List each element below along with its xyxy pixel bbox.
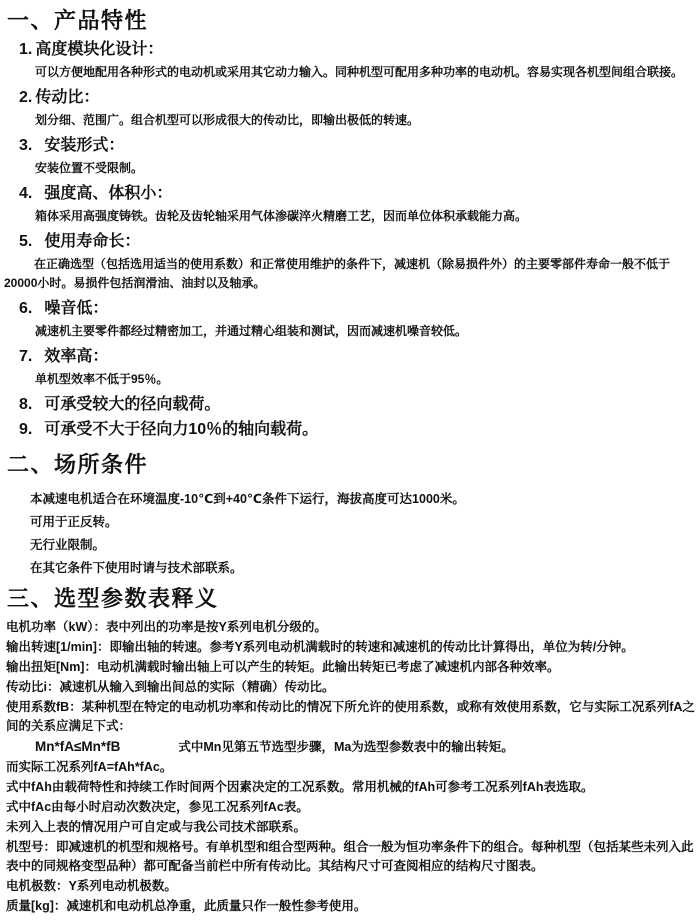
feature-item-1: 1.高度模块化设计： (19, 41, 696, 59)
param-def-output-torque: 输出扭矩[Nm]：电动机满载时输出轴上可以产生的转矩。此输出转矩已考虑了减速机内… (6, 658, 696, 677)
feature-item-3: 3.安装形式： (19, 137, 696, 155)
item-heading: 强度高、体积小： (44, 185, 172, 202)
feature-item-5: 5.使用寿命长： (19, 233, 696, 251)
site-condition-paragraph-1: 本减速电机适合在环境温度-10℃到+40℃条件下运行，海拔高度可达1000米。 (30, 490, 696, 509)
item-number: 5. (19, 233, 32, 251)
feature-item-9: 9.可承受不大于径向力10％的轴向载荷。 (19, 421, 696, 439)
site-condition-paragraph-3: 无行业限制。 (30, 536, 696, 555)
param-def-fah: 式中fAh由载荷特性和持续工作时间两个因素决定的工况系数。常用机械的fAh可参考… (6, 778, 696, 797)
item-number: 1. (19, 41, 32, 59)
item-number: 7. (19, 348, 32, 366)
feature-item-7: 7.效率高： (19, 348, 696, 366)
item-number: 9. (19, 421, 32, 439)
param-def-fa-equation: 而实际工况系列fA=fAh*fAc。 (6, 758, 696, 777)
section2-title: 二、场所条件 (7, 452, 696, 478)
item-heading: 安装形式： (44, 137, 124, 154)
formula-line: Mn*fA≤Mn*fB式中Mn见第五节选型步骤，Ma为选型参数表中的输出转矩。 (35, 737, 696, 757)
param-def-ratio: 传动比i：减速机从输入到输出间总的实际（精确）传动比。 (6, 678, 696, 697)
document-page: 一、产品特性 1.高度模块化设计： 可以方便地配用各种形式的电动机或采用其它动力… (0, 0, 700, 923)
item-heading: 噪音低： (44, 300, 108, 317)
param-def-service-factor: 使用系数fB：某种机型在特定的电动机功率和传动比的情况下所允许的使用系数，或称有… (6, 698, 696, 736)
param-def-output-speed: 输出转速[1/min]：即输出轴的转速。参考Y系列电动机满载时的转速和减速机的传… (6, 638, 696, 657)
item-heading: 高度模块化设计： (35, 41, 163, 58)
item-number: 8. (19, 396, 32, 414)
feature-body-3: 安装位置不受限制。 (35, 159, 696, 178)
formula-note: 式中Mn见第五节选型步骤，Ma为选型参数表中的输出转矩。 (178, 740, 513, 754)
item-number: 4. (19, 185, 32, 203)
feature-item-6: 6.噪音低： (19, 300, 696, 318)
section1-title: 一、产品特性 (7, 8, 696, 34)
param-def-motor-power: 电机功率（kW）：表中列出的功率是按Y系列电机分级的。 (6, 618, 696, 637)
item-number: 2. (19, 89, 32, 107)
site-condition-paragraph-4: 在其它条件下使用时请与技术部联系。 (30, 559, 696, 578)
param-def-weight: 质量[kg]：减速机和电动机总净重，此质量只作一般性参考使用。 (6, 897, 696, 916)
param-def-fac: 式中fAc由每小时启动次数决定，参见工况系列fAc表。 (6, 798, 696, 817)
feature-item-4: 4.强度高、体积小： (19, 185, 696, 203)
item-heading: 可承受较大的径向载荷。 (44, 396, 220, 413)
feature-body-5: 在正确选型（包括选用适当的使用系数）和正常使用维护的条件下，减速机（除易损件外）… (4, 255, 695, 293)
feature-body-4: 箱体采用高强度铸铁。齿轮及齿轮轴采用气体渗碳淬火精磨工艺，因而单位体积承载能力高… (35, 207, 696, 226)
item-heading: 可承受不大于径向力10％的轴向载荷。 (44, 421, 318, 438)
param-def-not-listed: 未列入上表的情况用户可自定或与我公司技术部联系。 (6, 818, 696, 837)
feature-body-1: 可以方便地配用各种形式的电动机或采用其它动力输入。同种机型可配用多种功率的电动机… (35, 63, 696, 82)
item-heading: 使用寿命长： (44, 233, 140, 250)
item-number: 3. (19, 137, 32, 155)
item-heading: 效率高： (44, 348, 108, 365)
feature-body-2: 划分细、范围广。组合机型可以形成很大的传动比，即输出极低的转速。 (35, 111, 696, 130)
item-number: 6. (19, 300, 32, 318)
param-def-motor-poles: 电机极数：Y系列电动机极数。 (6, 877, 696, 896)
param-def-model-number: 机型号：即减速机的机型和规格号。有单机型和组合型两种。组合一般为恒功率条件下的组… (6, 838, 696, 876)
feature-body-7: 单机型效率不低于95％。 (35, 370, 696, 389)
site-condition-paragraph-2: 可用于正反转。 (30, 513, 696, 532)
feature-body-6: 减速机主要零件都经过精密加工，并通过精心组装和测试，因而减速机噪音较低。 (35, 322, 696, 341)
feature-item-2: 2.传动比： (19, 89, 696, 107)
item-heading: 传动比： (35, 89, 99, 106)
formula-expression: Mn*fA≤Mn*fB (35, 737, 120, 756)
section3-title: 三、选型参数表释义 (7, 586, 696, 612)
feature-item-8: 8.可承受较大的径向载荷。 (19, 396, 696, 414)
